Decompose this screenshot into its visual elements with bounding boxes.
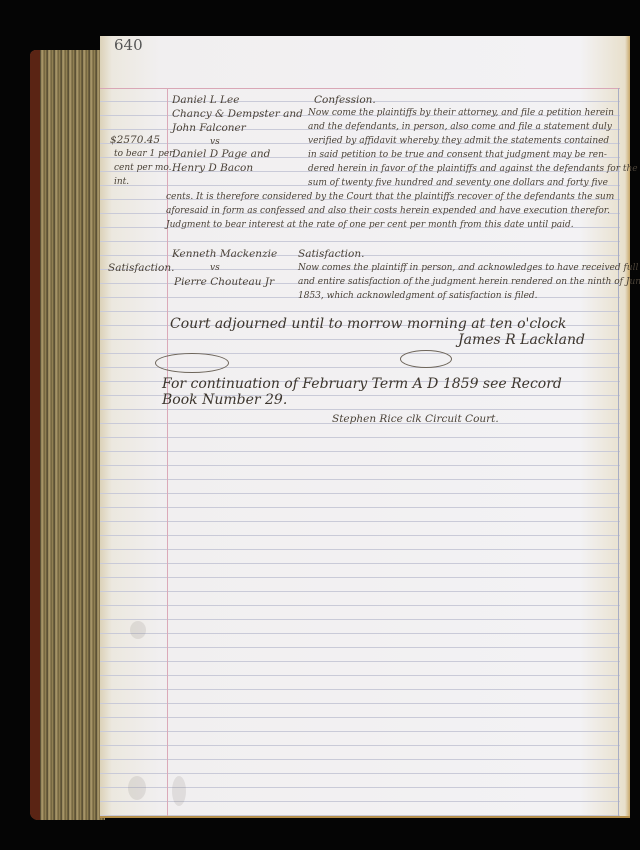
entry1-body-line: dered herein in favor of the plaintiffs … bbox=[308, 164, 638, 174]
entry1-heading: Confession. bbox=[314, 94, 376, 106]
page-stain bbox=[172, 776, 186, 806]
entry2-body-line: 1853, which acknowledgment of satisfacti… bbox=[298, 291, 538, 301]
clerk-signature: Stephen Rice clk Circuit Court. bbox=[332, 413, 499, 425]
entry1-plaintiff-1: Daniel L Lee bbox=[172, 94, 239, 106]
entry1-continuation-line: Judgment to bear interest at the rate of… bbox=[166, 220, 574, 230]
decorative-flourish bbox=[400, 350, 452, 368]
entry1-plaintiff-3: John Falconer bbox=[172, 122, 246, 134]
ledger-page: 640 Daniel L Lee Chancy & Dempster and J… bbox=[100, 36, 630, 818]
page-stain bbox=[128, 776, 146, 800]
decorative-flourish bbox=[155, 353, 229, 373]
right-rule bbox=[618, 88, 619, 816]
entry1-margin-note-3: cent per mo. bbox=[114, 163, 172, 173]
entry1-continuation-line: cents. It is therefore considered by the… bbox=[166, 192, 614, 202]
entry1-body-line: verified by affidavit whereby they admit… bbox=[308, 136, 609, 146]
header-rule bbox=[100, 88, 620, 89]
entry2-margin-note: Satisfaction. bbox=[108, 262, 174, 274]
adjournment-signature: James R Lackland bbox=[458, 332, 585, 348]
continuation-line-2: Book Number 29. bbox=[162, 392, 287, 408]
entry1-continuation-line: aforesaid in form as confessed and also … bbox=[166, 206, 610, 216]
entry1-body-line: sum of twenty five hundred and seventy o… bbox=[308, 178, 608, 188]
entry1-defendant-1: Daniel D Page and bbox=[172, 148, 270, 160]
entry1-body-line: Now come the plaintiffs by their attorne… bbox=[308, 108, 614, 118]
entry2-versus: vs bbox=[210, 263, 220, 273]
book-cover-edge bbox=[30, 50, 40, 820]
entry1-margin-note-2: to bear 1 per bbox=[114, 149, 174, 159]
entry1-margin-amount: $2570.45 bbox=[110, 134, 160, 146]
entry2-body-line: and entire satisfaction of the judgment … bbox=[298, 277, 640, 287]
entry1-versus: vs bbox=[210, 137, 220, 147]
continuation-line-1: For continuation of February Term A D 18… bbox=[162, 376, 562, 392]
page-number: 640 bbox=[114, 36, 143, 54]
entry1-body-line: in said petition to be true and consent … bbox=[308, 150, 607, 160]
page-stain bbox=[130, 621, 146, 639]
entry2-defendant: Pierre Chouteau Jr bbox=[174, 276, 274, 288]
entry1-plaintiff-2: Chancy & Dempster and bbox=[172, 108, 303, 120]
book-page-edges bbox=[30, 50, 105, 820]
entry1-body-line: and the defendants, in person, also come… bbox=[308, 122, 612, 132]
entry2-heading: Satisfaction. bbox=[298, 248, 364, 260]
adjournment-text: Court adjourned until to morrow morning … bbox=[170, 316, 566, 332]
entry1-defendant-2: Henry D Bacon bbox=[172, 162, 253, 174]
entry1-margin-note-4: int. bbox=[114, 177, 129, 187]
entry2-plaintiff: Kenneth Mackenzie bbox=[172, 248, 277, 260]
entry2-body-line: Now comes the plaintiff in person, and a… bbox=[298, 263, 638, 273]
